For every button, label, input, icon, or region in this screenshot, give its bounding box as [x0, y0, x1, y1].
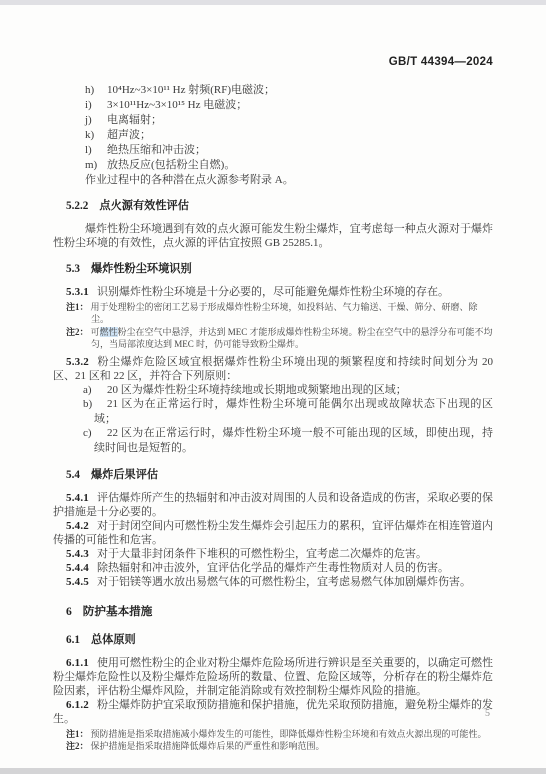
- note-text: 预防措施是指采取措施减小爆炸发生的可能性，即降低爆炸性粉尘环境和有效点火源出现的…: [91, 729, 487, 739]
- list-item-text: 电离辐射；: [107, 114, 162, 126]
- list-item-text: 21 区为在正常运行时，爆炸性粉尘环境可能偶尔出现或故障状态下出现的区域；: [94, 398, 493, 425]
- note-text: 可: [91, 327, 100, 337]
- clause-5-2-2-heading: 5.2.2点火源有效性评估: [66, 197, 493, 213]
- clause-6-1-heading: 6.1总体原则: [66, 631, 493, 647]
- list-item-letter: l): [85, 143, 107, 158]
- list-item-letter: c): [83, 426, 107, 441]
- clause-number: 5.4.3: [66, 548, 89, 560]
- clause-text: 粉尘爆炸危险区域宜根据爆炸性粉尘环境出现的频繁程度和持续时间划分为 20 区、2…: [53, 356, 493, 382]
- search-highlight: 燃性: [100, 327, 118, 337]
- clause-number: 5.2.2: [66, 200, 88, 212]
- list-item-text: 20 区为爆炸性粉尘环境持续地或长期地或频繁地出现的区域；: [107, 384, 407, 396]
- clause-5-3-heading: 5.3爆炸性粉尘环境识别: [66, 260, 493, 276]
- note-1: 注1：用于处理粉尘的密闭工艺易于形成爆炸性粉尘环境，如投料站、气力输送、干燥、筛…: [66, 301, 493, 326]
- list-item: h)10⁴Hz~3×10¹¹ Hz 射频(RF)电磁波；: [85, 83, 493, 98]
- clause-number: 5.4.4: [66, 562, 89, 574]
- list-item-text: 22 区为在正常运行时，爆炸性粉尘环境一般不可能出现的区域，即使出现，持续时间也…: [94, 427, 493, 454]
- chapter-6-heading: 6防护基本措施: [66, 603, 493, 619]
- list-item-letter: a): [83, 383, 107, 398]
- standard-code: GB/T 44394—2024: [53, 56, 493, 68]
- clause-number: 5.4.2: [66, 520, 89, 532]
- zone-list: a)20 区为爆炸性粉尘环境持续地或长期地或频繁地出现的区域； b)21 区为在…: [53, 383, 493, 456]
- clause-text: 粉尘爆炸防护宜采取预防措施和保护措施，优先采取预防措施，避免粉尘爆炸的发生。: [53, 699, 493, 725]
- clause-title: 爆炸后果评估: [91, 469, 158, 481]
- clause-5-4-5: 5.4.5对于铝镁等遇水放出易燃气体的可燃性粉尘，宜考虑易燃气体加剧爆炸伤害。: [53, 575, 493, 589]
- clause-text: 识别爆炸性粉尘环境是十分必要的，尽可能避免爆炸性粉尘环境的存在。: [97, 286, 449, 298]
- list-item: b)21 区为在正常运行时，爆炸性粉尘环境可能偶尔出现或故障状态下出现的区域；: [94, 397, 493, 426]
- list-item-text: 绝热压缩和冲击波；: [107, 144, 206, 156]
- clause-title: 点火源有效性评估: [99, 200, 189, 212]
- clause-title: 防护基本措施: [83, 605, 153, 618]
- clause-5-2-2-body: 爆炸性粉尘环境遇到有效的点火源可能发生粉尘爆炸，宜考虑每一种点火源对于爆炸性粉尘…: [53, 222, 493, 250]
- page-number: 5: [485, 708, 490, 719]
- list-item: a)20 区为爆炸性粉尘环境持续地或长期地或频繁地出现的区域；: [94, 383, 493, 398]
- list-item-text: 放热反应(包括粉尘自燃)。: [107, 159, 235, 171]
- clause-5-3-2: 5.3.2粉尘爆炸危险区域宜根据爆炸性粉尘环境出现的频繁程度和持续时间划分为 2…: [53, 355, 493, 383]
- clause-text: 使用可燃性粉尘的企业对粉尘爆炸危险场所进行辨识是至关重要的，以确定可燃性粉尘爆炸…: [53, 657, 493, 697]
- note-2: 注2：可燃性粉尘在空气中悬浮，并达到 MEC 才能形成爆炸性粉尘环境。粉尘在空气…: [66, 326, 493, 351]
- clause-text: 除热辐射和冲击波外，宜评估化学品的爆炸产生毒性物质对人员的伤害。: [97, 562, 449, 574]
- clause-text: 对于封闭空间内可燃性粉尘发生爆炸会引起压力的累积，宜评估爆炸在相连管道内传播的可…: [53, 520, 493, 546]
- page-content: GB/T 44394—2024 h)10⁴Hz~3×10¹¹ Hz 射频(RF)…: [53, 56, 493, 752]
- clause-title: 爆炸性粉尘环境识别: [91, 263, 192, 275]
- note-2: 注2：保护措施是指采取措施降低爆炸后果的严重性和影响范围。: [66, 740, 493, 752]
- note-label: 注2：: [66, 327, 89, 337]
- clause-number: 5.3.2: [66, 356, 89, 368]
- list-closing-paragraph: 作业过程中的各种潜在点火源参考附录 A。: [53, 173, 493, 187]
- list-item: k)超声波；: [85, 128, 493, 143]
- clause-6-1-1: 6.1.1使用可燃性粉尘的企业对粉尘爆炸危险场所进行辨识是至关重要的，以确定可燃…: [53, 656, 493, 698]
- list-item-text: 10⁴Hz~3×10¹¹ Hz 射频(RF)电磁波；: [107, 84, 275, 96]
- list-item: m)放热反应(包括粉尘自燃)。: [85, 158, 493, 173]
- note-text: 粉尘在空气中悬浮，并达到 MEC 才能形成爆炸性粉尘环境。粉尘在空气中的悬浮分布…: [91, 327, 493, 349]
- list-item: l)绝热压缩和冲击波；: [85, 143, 493, 158]
- clause-number: 5.4.5: [66, 576, 89, 588]
- note-label: 注1：: [66, 302, 89, 312]
- note-text: 保护措施是指采取措施降低爆炸后果的严重性和影响范围。: [91, 741, 325, 751]
- list-item-text: 超声波；: [107, 129, 151, 141]
- clause-text: 对于大量非封闭条件下堆积的可燃性粉尘，宜考虑二次爆炸的危害。: [97, 548, 427, 560]
- clause-5-4-4: 5.4.4除热辐射和冲击波外，宜评估化学品的爆炸产生毒性物质对人员的伤害。: [53, 561, 493, 575]
- list-item-letter: m): [85, 158, 107, 173]
- clause-number: 5.4.1: [66, 492, 89, 504]
- note-1: 注1：预防措施是指采取措施减小爆炸发生的可能性，即降低爆炸性粉尘环境和有效点火源…: [66, 728, 493, 740]
- page-edge-top: [0, 0, 546, 5]
- clause-5-3-1: 5.3.1识别爆炸性粉尘环境是十分必要的，尽可能避免爆炸性粉尘环境的存在。: [53, 285, 493, 299]
- list-item: i)3×10¹¹Hz~3×10¹⁵ Hz 电磁波；: [85, 98, 493, 113]
- clause-text: 评估爆炸所产生的热辐射和冲击波对周围的人员和设备造成的伤害，采取必要的保护措施是…: [53, 492, 493, 518]
- clause-title: 总体原则: [91, 634, 136, 646]
- page-edge-bottom: [0, 768, 546, 774]
- list-item-letter: j): [85, 113, 107, 128]
- list-item-text: 3×10¹¹Hz~3×10¹⁵ Hz 电磁波；: [107, 99, 247, 111]
- list-item-letter: i): [85, 98, 107, 113]
- clause-5-4-3: 5.4.3对于大量非封闭条件下堆积的可燃性粉尘，宜考虑二次爆炸的危害。: [53, 547, 493, 561]
- list-item-letter: k): [85, 128, 107, 143]
- list-item: c)22 区为在正常运行时，爆炸性粉尘环境一般不可能出现的区域，即使出现，持续时…: [94, 426, 493, 455]
- list-item-letter: b): [83, 397, 107, 412]
- clause-5-4-1: 5.4.1评估爆炸所产生的热辐射和冲击波对周围的人员和设备造成的伤害，采取必要的…: [53, 491, 493, 519]
- clause-number: 5.3.1: [66, 286, 89, 298]
- clause-number: 6.1.1: [66, 657, 89, 669]
- note-text: 用于处理粉尘的密闭工艺易于形成爆炸性粉尘环境，如投料站、气力输送、干燥、筛分、研…: [91, 302, 478, 324]
- note-label: 注1：: [66, 729, 89, 739]
- document-page: GB/T 44394—2024 h)10⁴Hz~3×10¹¹ Hz 射频(RF)…: [0, 0, 546, 774]
- clause-text: 对于铝镁等遇水放出易燃气体的可燃性粉尘，宜考虑易燃气体加剧爆炸伤害。: [97, 576, 471, 588]
- clause-number: 6.1: [66, 634, 80, 646]
- clause-number: 5.3: [66, 263, 80, 275]
- note-label: 注2：: [66, 741, 89, 751]
- list-item-letter: h): [85, 83, 107, 98]
- list-item: j)电离辐射；: [85, 113, 493, 128]
- clause-5-4-heading: 5.4爆炸后果评估: [66, 466, 493, 482]
- clause-number: 6.1.2: [66, 699, 89, 711]
- ignition-source-list: h)10⁴Hz~3×10¹¹ Hz 射频(RF)电磁波； i)3×10¹¹Hz~…: [53, 83, 493, 173]
- clause-number: 6: [66, 605, 72, 618]
- clause-number: 5.4: [66, 469, 80, 481]
- clause-5-4-2: 5.4.2对于封闭空间内可燃性粉尘发生爆炸会引起压力的累积，宜评估爆炸在相连管道…: [53, 519, 493, 547]
- clause-6-1-2: 6.1.2粉尘爆炸防护宜采取预防措施和保护措施，优先采取预防措施，避免粉尘爆炸的…: [53, 698, 493, 726]
